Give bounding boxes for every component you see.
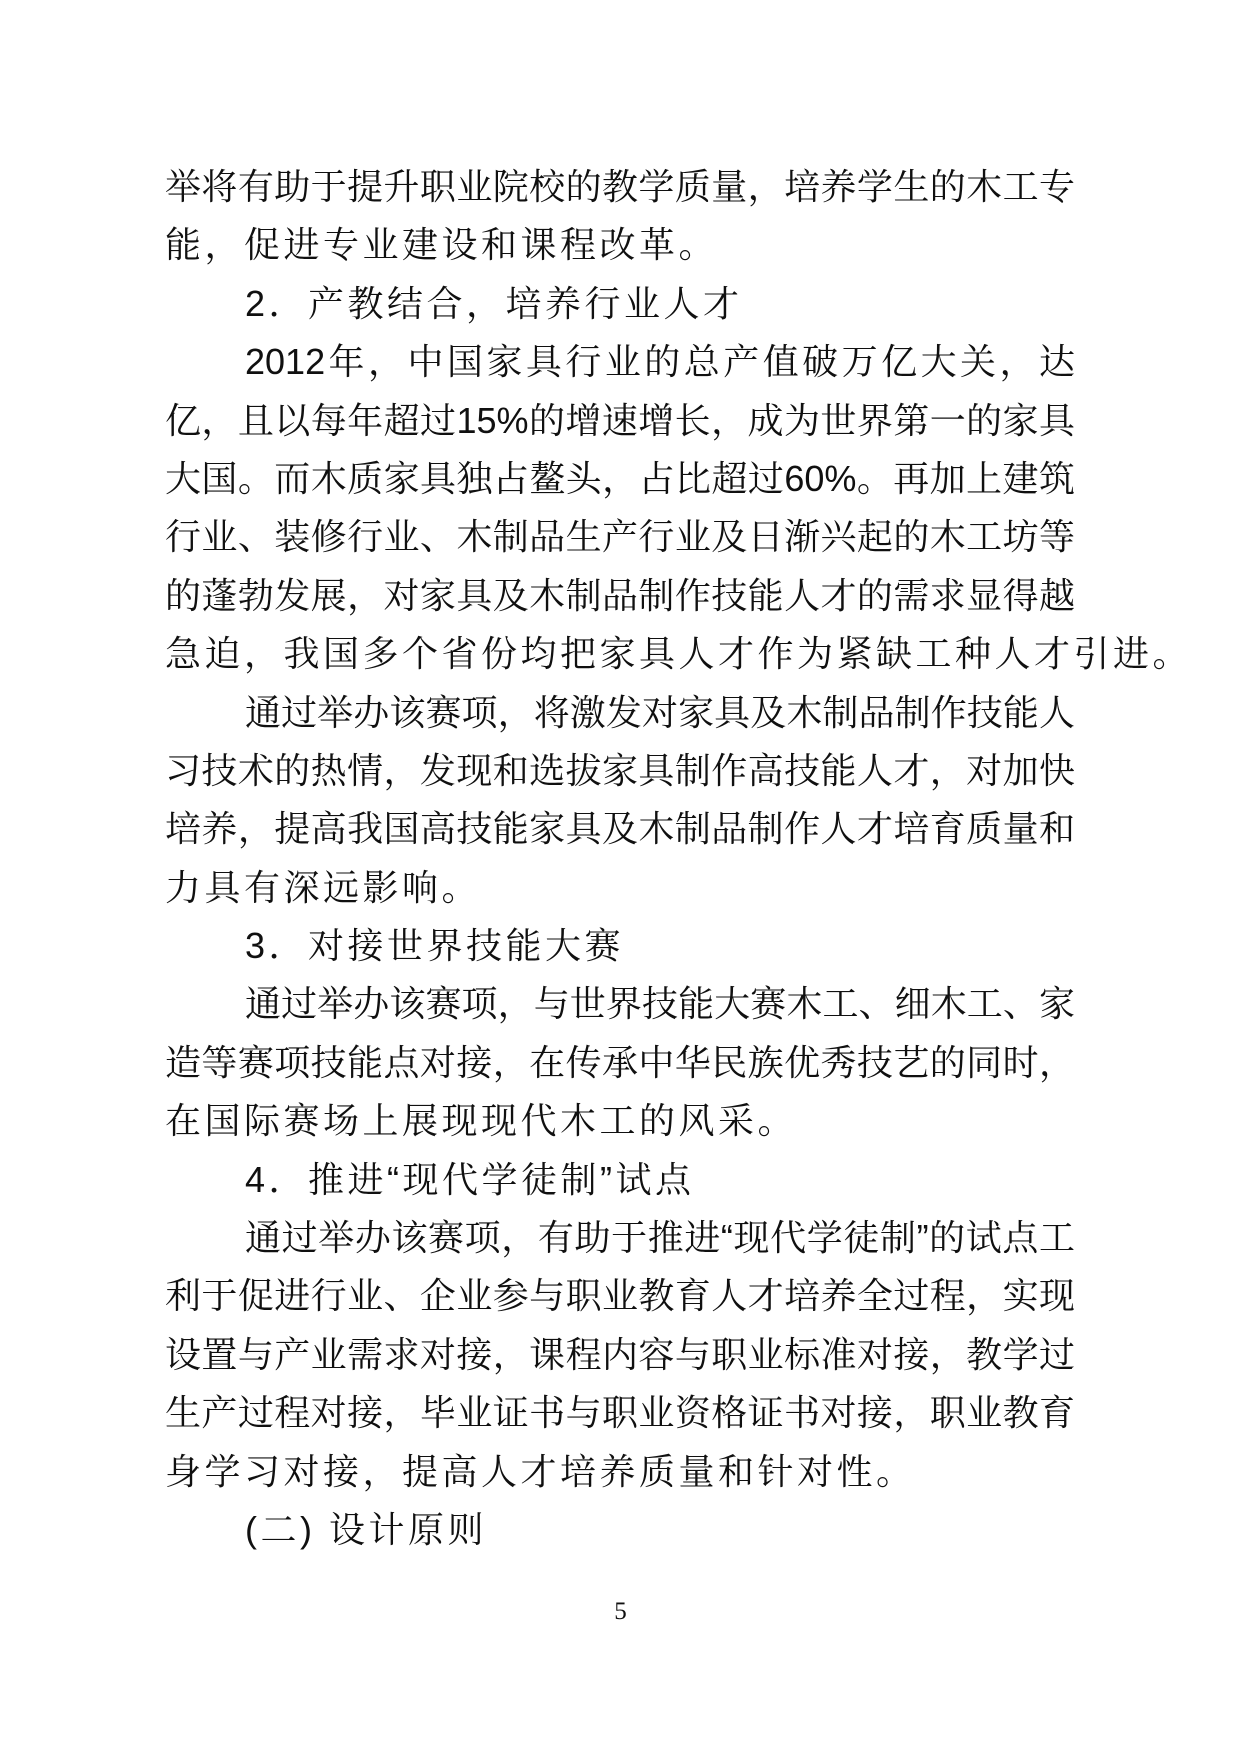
text-line: 培养，提高我国高技能家具及木制品制作人才培育质量和竞争 bbox=[165, 800, 1075, 858]
section-heading: (二) 设计原则 bbox=[165, 1501, 1075, 1559]
text-line: 通过举办该赛项，与世界技能大赛木工、细木工、家具制 bbox=[165, 975, 1075, 1033]
document-body: 举将有助于提升职业院校的教学质量，培养学生的木工专业技能，促进专业建设和课程改革… bbox=[165, 158, 1075, 1559]
text-line: 通过举办该赛项，有助于推进“现代学徒制”的试点工作，有 bbox=[165, 1209, 1075, 1267]
text-line: 生产过程对接，毕业证书与职业资格证书对接，职业教育与终 bbox=[165, 1384, 1075, 1442]
text-line: 通过举办该赛项，将激发对家具及木制品制作技能人才学 bbox=[165, 684, 1075, 742]
text-line: 造等赛项技能点对接，在传承中华民族优秀技艺的同时，也能 bbox=[165, 1034, 1075, 1092]
text-line: 身学习对接，提高人才培养质量和针对性。 bbox=[165, 1443, 1075, 1501]
text-line: 习技术的热情，发现和选拔家具制作高技能人才，对加快人才 bbox=[165, 742, 1075, 800]
text-line: 举将有助于提升职业院校的教学质量，培养学生的木工专业技 bbox=[165, 158, 1075, 216]
section-heading: 2．产教结合，培养行业人才 bbox=[165, 275, 1075, 333]
section-heading: 4．推进“现代学徒制”试点 bbox=[165, 1151, 1075, 1209]
text-line: 行业、装修行业、木制品生产行业及日渐兴起的木工坊等行业 bbox=[165, 508, 1075, 566]
page-footer: 5 bbox=[0, 1598, 1241, 1626]
text-line: 在国际赛场上展现现代木工的风采。 bbox=[165, 1092, 1075, 1150]
text-line: 的蓬勃发展，对家具及木制品制作技能人才的需求显得越来越 bbox=[165, 567, 1075, 625]
text-line: 大国。而木质家具独占鳌头，占比超过60%。再加上建筑装饰 bbox=[165, 450, 1075, 508]
text-line: 能，促进专业建设和课程改革。 bbox=[165, 216, 1075, 274]
text-line: 力具有深远影响。 bbox=[165, 859, 1075, 917]
page-number: 5 bbox=[614, 1598, 627, 1625]
text-line: 设置与产业需求对接，课程内容与职业标准对接，教学过程与 bbox=[165, 1326, 1075, 1384]
text-line: 急迫，我国多个省份均把家具人才作为紧缺工种人才引进。 bbox=[165, 625, 1075, 683]
section-heading: 3．对接世界技能大赛 bbox=[165, 917, 1075, 975]
text-line: 亿，且以每年超过15%的增速增长，成为世界第一的家具生产 bbox=[165, 392, 1075, 450]
text-line: 2012年，中国家具行业的总产值破万亿大关，达1.13万 bbox=[165, 333, 1075, 391]
document-page: 举将有助于提升职业院校的教学质量，培养学生的木工专业技能，促进专业建设和课程改革… bbox=[0, 0, 1241, 1754]
text-line: 利于促进行业、企业参与职业教育人才培养全过程，实现专业 bbox=[165, 1267, 1075, 1325]
